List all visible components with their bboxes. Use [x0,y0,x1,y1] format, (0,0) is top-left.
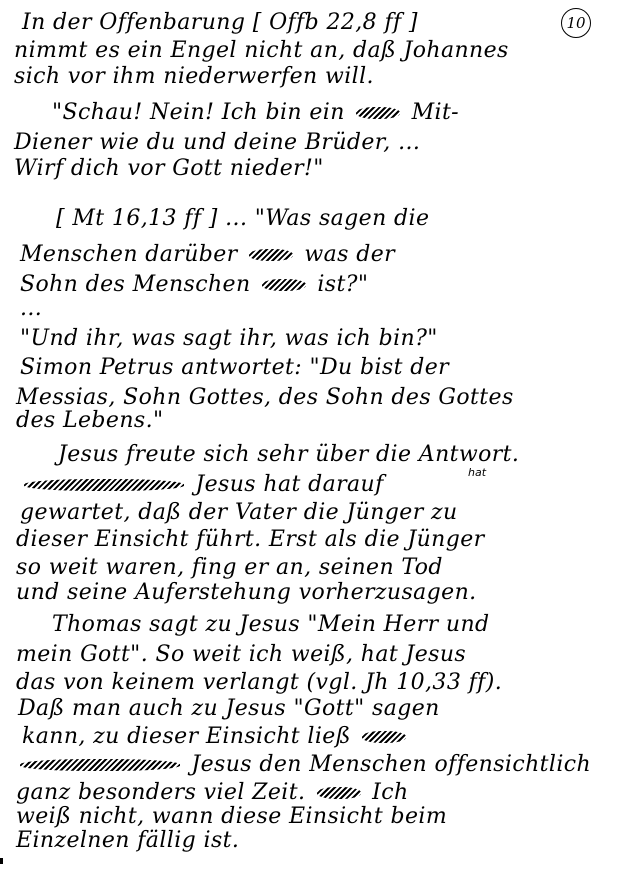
text-line: Simon Petrus antwortet: "Du bist der [20,355,449,381]
text-line: und seine Auferstehung vorherzusagen. [16,580,477,606]
crossed-out-word [362,731,406,743]
text-line: Jesus freute sich sehr über die Antwort. [58,442,519,468]
handwritten-page: 10 In der Offenbarung [ Offb 22,8 ff ] n… [0,0,638,877]
text-line: ganz besonders viel Zeit. Ich [16,780,409,806]
text-line: Diener wie du und deine Brüder, ... [14,130,420,156]
ellipsis-line: ... [20,296,42,322]
crossed-out-word [262,279,306,291]
text-line: Wirf dich vor Gott nieder!" [14,156,324,182]
text-line: Sohn des Menschen ist?" [20,272,368,298]
scan-speck [0,858,3,864]
text-line: Jesus den Menschen offensichtlich [16,752,591,778]
crossed-out-word [249,249,293,261]
text-line: [ Mt 16,13 ff ] ... "Was sagen die [56,206,429,232]
text-line: kann, zu dieser Einsicht ließ [22,724,410,750]
crossed-out-word [317,787,361,799]
text-line: des Lebens." [16,408,164,434]
text-line: nimmt es ein Engel nicht an, daß Johanne… [14,38,509,64]
crossed-out-word [20,759,180,771]
text-line: so weit waren, fing er an, seinen Tod [16,555,443,581]
text-line: mein Gott". So weit ich weiß, hat Jesus [16,642,466,668]
text-line: Menschen darüber was der [20,242,395,268]
text-line: weiß nicht, wann diese Einsicht beim [16,804,447,830]
text-line: "Und ihr, was sagt ihr, was ich bin?" [20,326,438,352]
text-line: Daß man auch zu Jesus "Gott" sagen [18,696,440,722]
text-line: "Schau! Nein! Ich bin ein Mit- [52,100,459,126]
text-line: Jesus hat darauf [20,472,384,498]
crossed-out-word [356,107,400,119]
text-line: Thomas sagt zu Jesus "Mein Herr und [52,612,490,638]
inserted-word: hat [468,466,486,479]
page-number-circled: 10 [561,8,591,38]
text-line: das von keinem verlangt (vgl. Jh 10,33 f… [16,670,502,696]
text-line: Einzelnen fällig ist. [16,828,239,854]
text-line: gewartet, daß der Vater die Jünger zu [20,500,458,526]
crossed-out-word [24,479,184,491]
text-line: sich vor ihm niederwerfen will. [14,64,374,90]
text-line: In der Offenbarung [ Offb 22,8 ff ] [22,10,418,36]
text-line: dieser Einsicht führt. Erst als die Jüng… [16,527,485,553]
